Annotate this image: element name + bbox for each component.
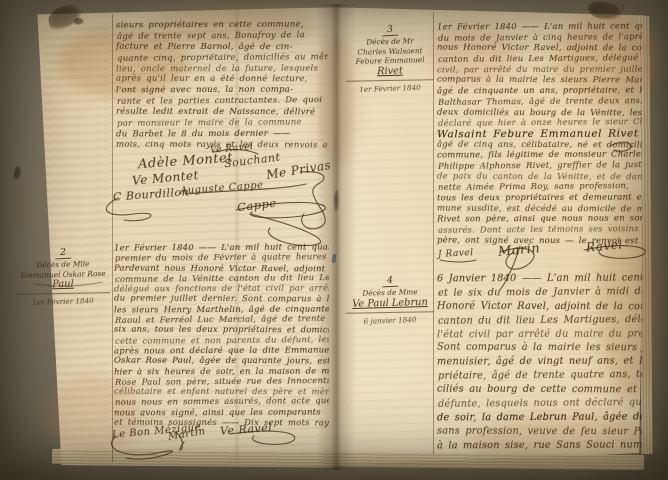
open-register-book: sieurs propriétaires en cette commune,âg… xyxy=(0,0,668,480)
photo-vignette xyxy=(0,0,668,480)
